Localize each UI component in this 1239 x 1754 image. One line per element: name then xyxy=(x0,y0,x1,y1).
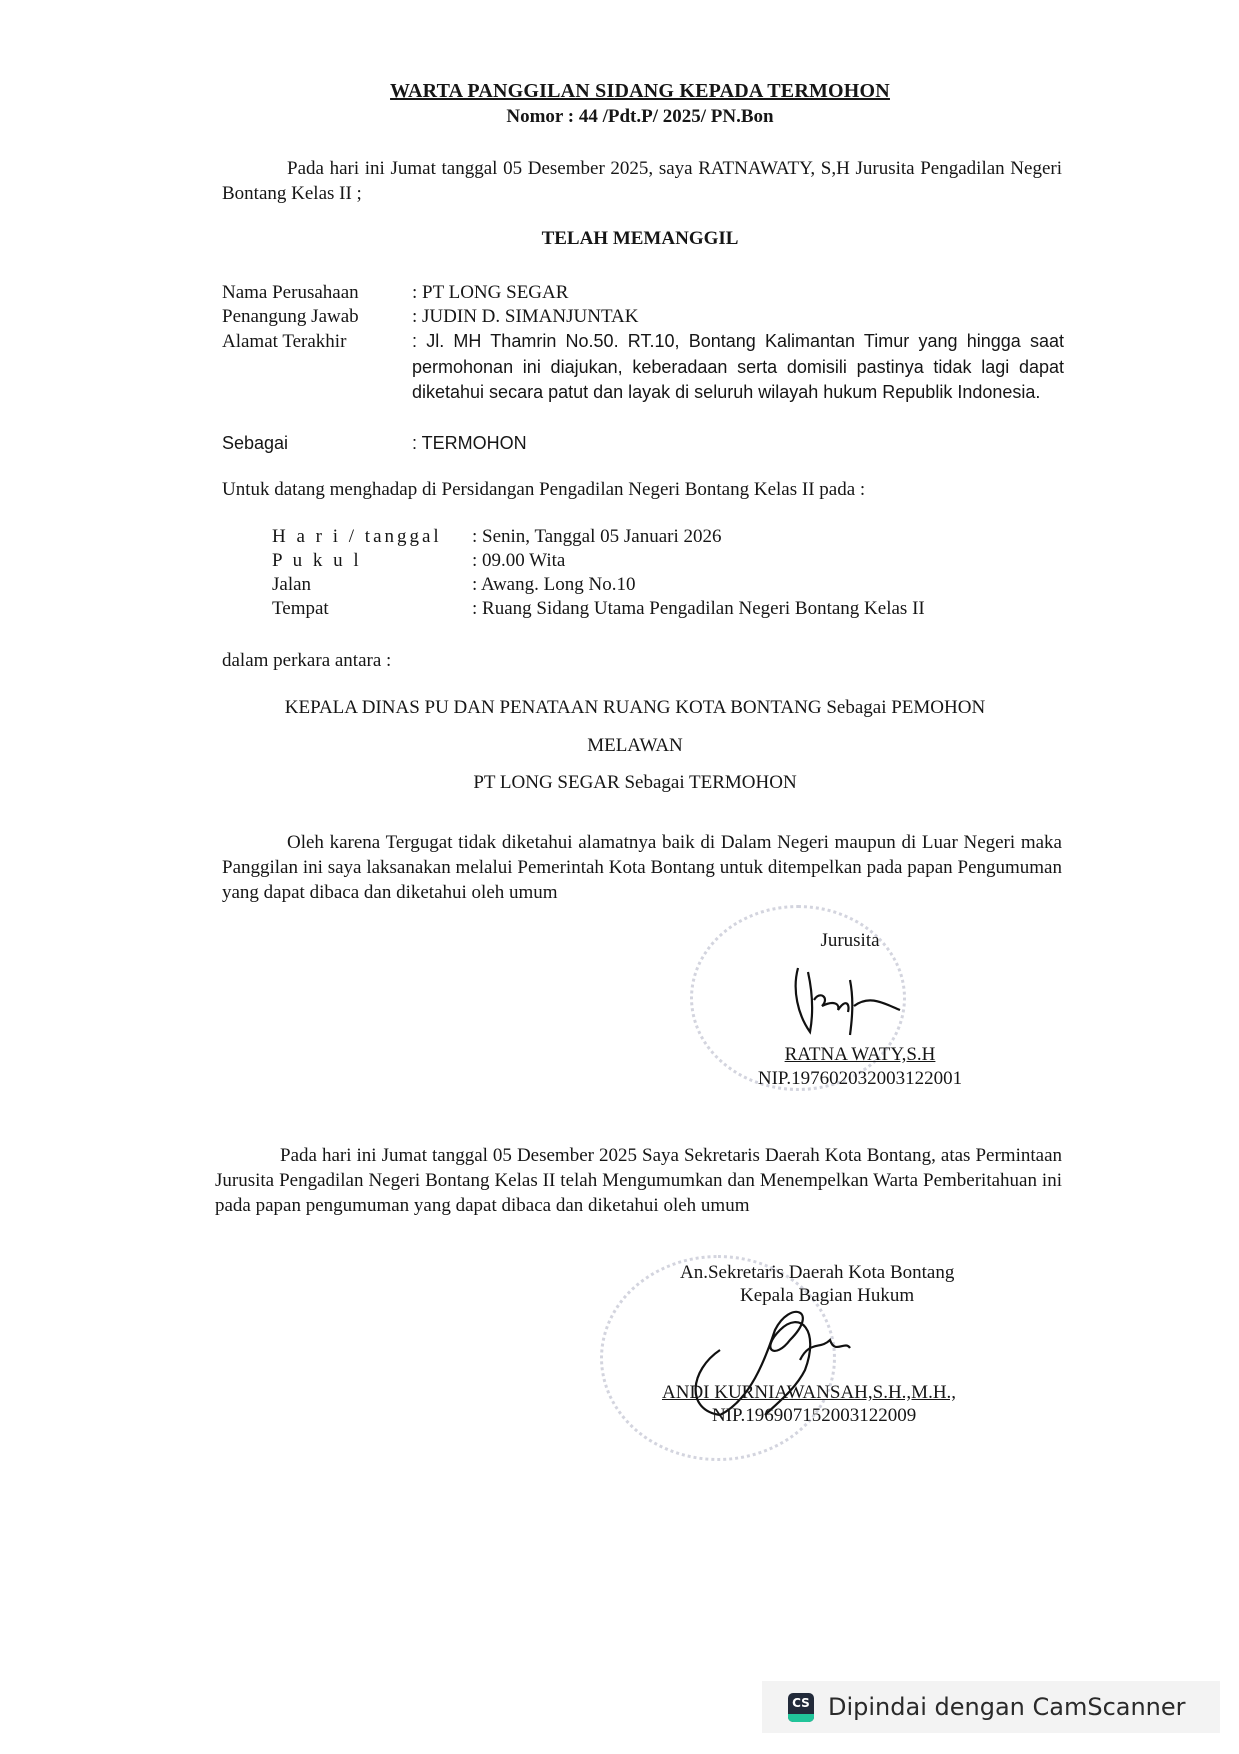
responsible-value: : JUDIN D. SIMANJUNTAK xyxy=(412,304,1064,329)
role-value: : TERMOHON xyxy=(412,431,1064,456)
signature-1 xyxy=(790,960,910,1040)
signer1-nip: NIP.197602032003122001 xyxy=(720,1068,1000,1090)
hearing-time-label: P u k u l xyxy=(272,548,472,573)
role-label: Sebagai xyxy=(222,431,412,456)
signer1-name: RATNA WATY,S.H xyxy=(740,1044,980,1066)
hearing-time-row: P u k u l : 09.00 Wita xyxy=(0,548,1239,573)
company-row: Nama Perusahaan : PT LONG SEGAR xyxy=(0,280,1239,305)
hearing-street-value: : Awang. Long No.10 xyxy=(472,572,1072,597)
address-row: Alamat Terakhir : Jl. MH Thamrin No.50. … xyxy=(0,329,1239,433)
hearing-day-row: H a r i / tanggal : Senin, Tanggal 05 Ja… xyxy=(0,524,1239,549)
address-label: Alamat Terakhir xyxy=(222,329,412,354)
address-value: : Jl. MH Thamrin No.50. RT.10, Bontang K… xyxy=(412,329,1064,406)
summons-heading: TELAH MEMANGGIL xyxy=(0,228,1239,250)
case-intro: dalam perkara antara : xyxy=(222,648,622,673)
hearing-day-value: : Senin, Tanggal 05 Januari 2026 xyxy=(472,524,1072,549)
hearing-place-value: : Ruang Sidang Utama Pengadilan Negeri B… xyxy=(472,596,1072,621)
hearing-time-value: : 09.00 Wita xyxy=(472,548,1072,573)
hearing-day-label: H a r i / tanggal xyxy=(272,524,472,549)
hearing-place-row: Tempat : Ruang Sidang Utama Pengadilan N… xyxy=(0,596,1239,621)
hearing-place-label: Tempat xyxy=(272,596,472,621)
camscanner-icon: CS xyxy=(788,1693,814,1722)
notice-paragraph: Oleh karena Tergugat tidak diketahui ala… xyxy=(222,830,1062,905)
hearing-street-label: Jalan xyxy=(272,572,472,597)
signer2-line1: An.Sekretaris Daerah Kota Bontang xyxy=(680,1262,1020,1284)
case-respondent: PT LONG SEGAR Sebagai TERMOHON xyxy=(0,772,1239,794)
responsible-label: Penangung Jawab xyxy=(222,304,412,329)
responsible-row: Penangung Jawab : JUDIN D. SIMANJUNTAK xyxy=(0,304,1239,329)
hearing-street-row: Jalan : Awang. Long No.10 xyxy=(0,572,1239,597)
confirmation-paragraph: Pada hari ini Jumat tanggal 05 Desember … xyxy=(215,1143,1062,1218)
document-number: Nomor : 44 /Pdt.P/ 2025/ PN.Bon xyxy=(0,106,1239,128)
company-label: Nama Perusahaan xyxy=(222,280,412,305)
camscanner-badge: CS Dipindai dengan CamScanner xyxy=(762,1681,1220,1733)
company-value: : PT LONG SEGAR xyxy=(412,280,1064,305)
case-versus: MELAWAN xyxy=(0,735,1239,757)
summon-intro: Untuk datang menghadap di Persidangan Pe… xyxy=(222,477,1082,502)
signer1-role: Jurusita xyxy=(780,930,920,952)
camscanner-text: Dipindai dengan CamScanner xyxy=(828,1693,1186,1721)
signer2-nip: NIP.196907152003122009 xyxy=(712,1405,992,1427)
signer2-name: ANDI KURNIAWANSAH,S.H.,M.H., xyxy=(662,1382,1002,1404)
case-petitioner: KEPALA DINAS PU DAN PENATAAN RUANG KOTA … xyxy=(0,697,1239,719)
opening-paragraph: Pada hari ini Jumat tanggal 05 Desember … xyxy=(222,156,1062,206)
document-title: WARTA PANGGILAN SIDANG KEPADA TERMOHON xyxy=(0,80,1239,103)
role-row: Sebagai : TERMOHON xyxy=(0,431,1239,456)
